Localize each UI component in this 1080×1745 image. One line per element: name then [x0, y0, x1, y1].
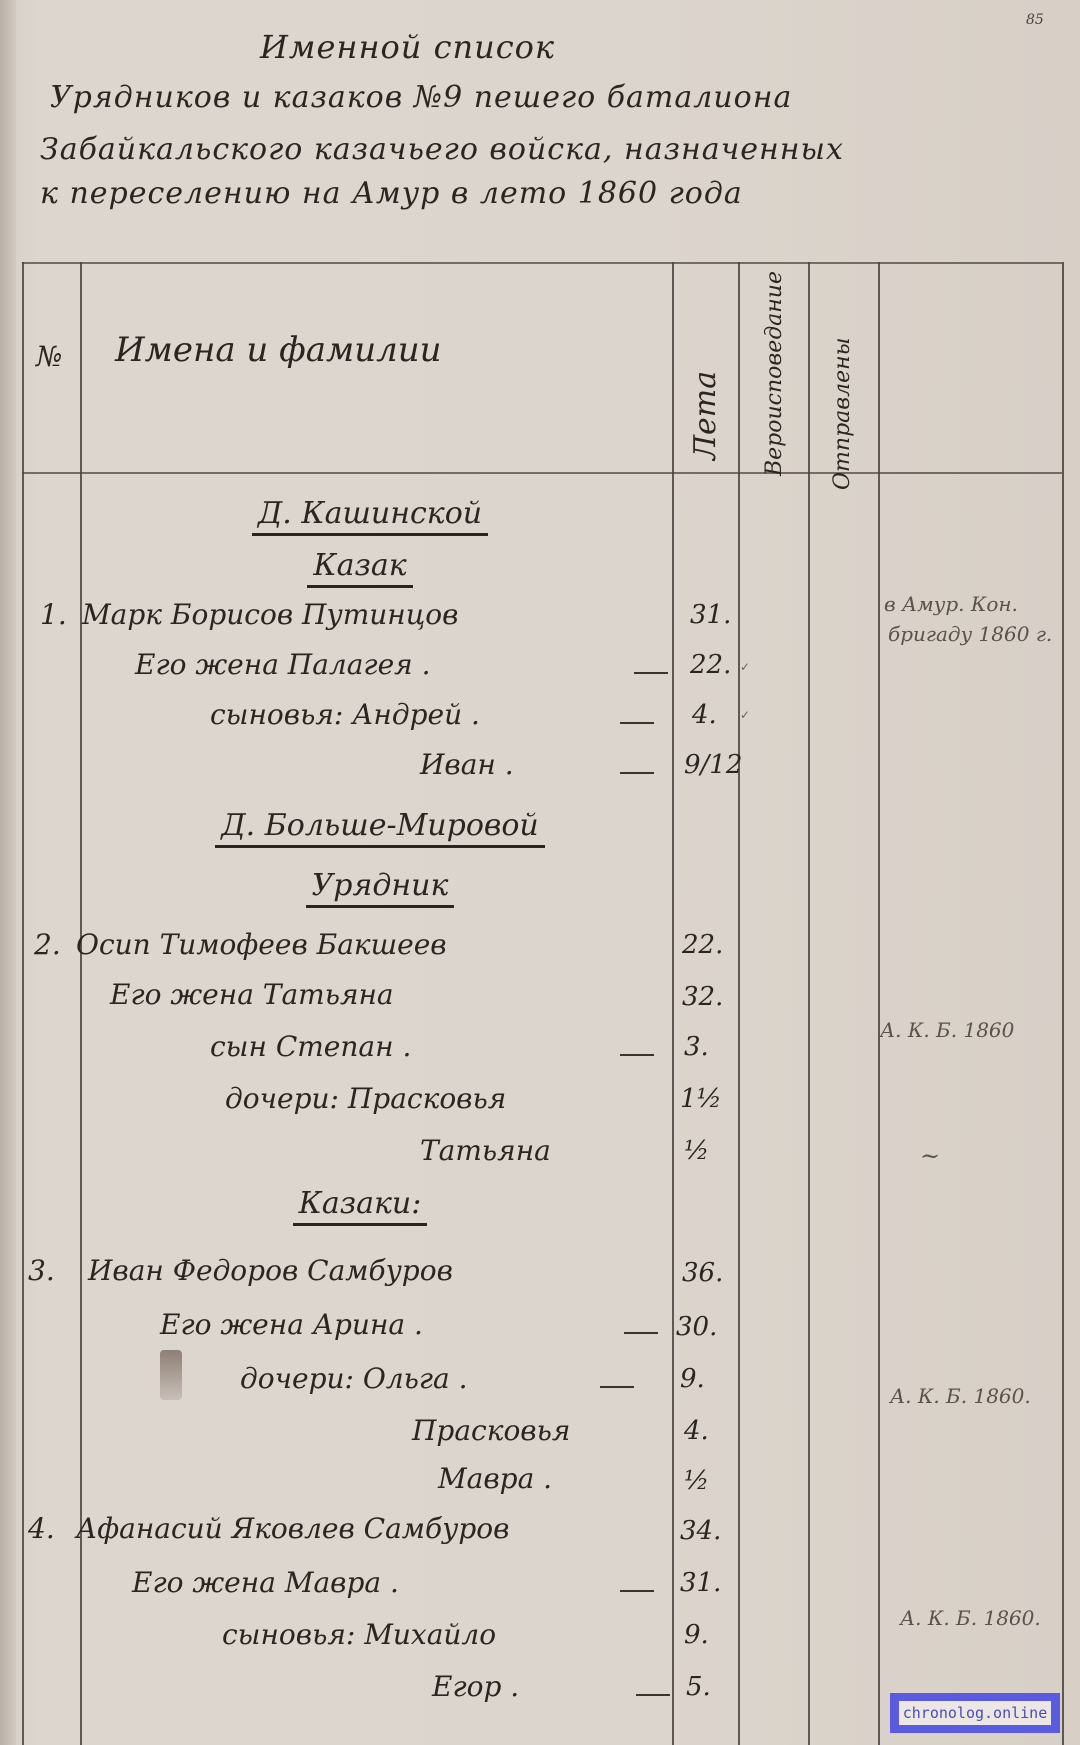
person-name: дочери: Прасковья	[225, 1082, 506, 1115]
remark: А. К. Б. 1860	[880, 1018, 1014, 1042]
ink-smudge	[160, 1350, 182, 1400]
table-left-border	[22, 262, 24, 1745]
remark: в Амур. Кон.	[884, 592, 1018, 616]
person-name: Его жена Арина .	[160, 1308, 423, 1341]
religion-col-divider	[808, 262, 810, 1745]
person-name: сыновья: Андрей .	[210, 698, 480, 731]
person-name: Прасковья	[412, 1414, 570, 1447]
person-name: Иван .	[420, 748, 514, 781]
person-age: 9.	[680, 1364, 740, 1394]
entry-number: 1.	[40, 598, 67, 631]
person-name: Мавра .	[438, 1462, 552, 1495]
person-name: Марк Борисов Путинцов	[82, 598, 458, 631]
person-age: ½	[684, 1466, 744, 1496]
leader-dash	[634, 672, 668, 674]
watermark-text: chronolog.online	[899, 1701, 1051, 1725]
leader-dash	[620, 1590, 654, 1592]
person-name: Иван Федоров Самбуров	[88, 1254, 453, 1287]
person-age: 22.	[682, 930, 742, 960]
person-age: 31.	[680, 1568, 740, 1598]
header-bottom-rule	[22, 472, 1062, 474]
rank-heading: Урядник	[260, 868, 500, 903]
title-line-1: Именной список	[260, 28, 555, 66]
remark: бригаду 1860 г.	[888, 622, 1052, 646]
person-age: ½	[684, 1136, 744, 1166]
names-col-divider	[672, 262, 674, 1745]
person-name: Татьяна	[420, 1134, 551, 1167]
person-age: 32.	[682, 982, 742, 1012]
person-name: Осип Тимофеев Бакшеев	[76, 928, 447, 961]
rank-heading: Казак	[260, 548, 460, 583]
header-names: Имена и фамилии	[115, 330, 442, 370]
person-name: Афанасий Яковлев Самбуров	[76, 1512, 509, 1545]
entry-number: 2.	[34, 928, 61, 961]
entry-number: 3.	[28, 1254, 55, 1287]
person-age: 5.	[686, 1672, 746, 1702]
header-number: №	[36, 340, 63, 373]
check-mark: ✓	[740, 708, 750, 722]
person-age: 3.	[684, 1032, 744, 1062]
sent-col-divider	[878, 262, 880, 1745]
title-line-3: Забайкальского казачьего войска, назначе…	[40, 132, 844, 167]
table-top-rule	[22, 262, 1062, 264]
title-line-4: к переселению на Амур в лето 1860 года	[40, 176, 743, 211]
person-name: сын Степан .	[210, 1030, 411, 1063]
leader-dash	[636, 1694, 670, 1696]
entry-number: 4.	[28, 1512, 55, 1545]
person-age: 9.	[684, 1620, 744, 1650]
person-age: 1½	[680, 1084, 740, 1114]
check-mark: ✓	[740, 660, 750, 674]
person-age: 30.	[676, 1312, 736, 1342]
village-heading: Д. Больше-Мировой	[170, 808, 590, 843]
person-age: 31.	[690, 600, 750, 630]
person-name: Егор .	[432, 1670, 519, 1703]
person-name: дочери: Ольга .	[240, 1362, 468, 1395]
person-name: Его жена Татьяна	[110, 978, 394, 1011]
leader-dash	[620, 772, 654, 774]
person-age: 34.	[680, 1516, 740, 1546]
signature-mark: ~	[920, 1142, 940, 1170]
leader-dash	[620, 1054, 654, 1056]
table-right-border	[1062, 262, 1064, 1745]
person-age: 36.	[682, 1258, 742, 1288]
page-number: 85	[1026, 12, 1044, 28]
document-page: 85 Именной список Урядников и казаков №9…	[0, 0, 1080, 1745]
remark: А. К. Б. 1860.	[890, 1384, 1031, 1408]
leader-dash	[624, 1332, 658, 1334]
header-age: Лета	[688, 371, 723, 460]
header-sent: Отправлены	[830, 337, 855, 490]
person-age: 9/12	[684, 750, 744, 780]
header-religion: Вероисповедание	[762, 271, 787, 476]
person-name: Его жена Палагея .	[135, 648, 430, 681]
watermark-badge: chronolog.online	[890, 1693, 1060, 1733]
person-age: 4.	[684, 1416, 744, 1446]
title-line-2: Урядников и казаков №9 пешего баталиона	[50, 80, 792, 115]
person-name: сыновья: Михайло	[222, 1618, 496, 1651]
remark: А. К. Б. 1860.	[900, 1606, 1041, 1630]
leader-dash	[620, 722, 654, 724]
person-name: Его жена Мавра .	[132, 1566, 399, 1599]
page-edge	[0, 0, 16, 1745]
rank-heading: Казаки:	[240, 1186, 480, 1221]
village-heading: Д. Кашинской	[160, 496, 580, 531]
leader-dash	[600, 1386, 634, 1388]
